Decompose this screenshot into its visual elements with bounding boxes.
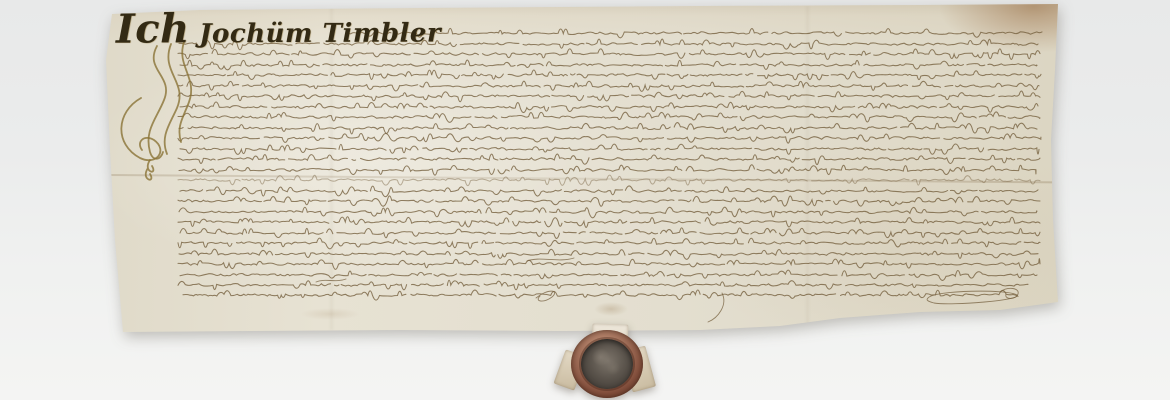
handwriting-line [180,102,1038,113]
handwriting-line [183,290,1018,300]
handwriting-line [178,70,1041,80]
handwriting-line [178,175,1040,186]
heading-rest: Jochüm Timbler [190,18,442,49]
document-heading: Ich Jochüm Timbler [116,8,441,49]
handwriting-line [178,217,1040,228]
loop-chain [146,160,154,180]
handwriting-line [178,133,1041,143]
heading-initial: Ich [116,5,190,52]
end-flourish-ellipse [927,291,1017,304]
handwriting-line [180,60,1037,70]
handwriting-line [178,280,1028,290]
handwriting-line [178,112,1040,122]
handwriting-line [178,259,1040,270]
charter-photo: Ich Jochüm Timbler [0,0,1170,400]
handwriting-line [178,154,1040,165]
handwriting-line [178,196,1040,206]
handwriting-line [179,165,1036,175]
handwriting-line [178,91,1040,102]
handwriting-line [180,270,1037,280]
handwriting-line [179,207,1037,218]
end-loop [1000,288,1018,298]
seal-wax-center [581,339,633,389]
handwriting-line [179,81,1039,91]
swash-dash-2 [316,279,346,282]
handwriting-line [180,228,1040,239]
swash-dash-1 [527,258,574,261]
handwriting-line [178,238,1040,249]
handwriting-line [179,123,1037,134]
heart-flourish [121,98,160,160]
handwriting-line [179,249,1038,259]
handwriting-line [180,186,1038,197]
handwriting-line [348,28,1042,37]
handwriting-line [180,144,1039,154]
handwriting-line [178,49,1040,60]
initial-descender-2 [165,44,180,154]
